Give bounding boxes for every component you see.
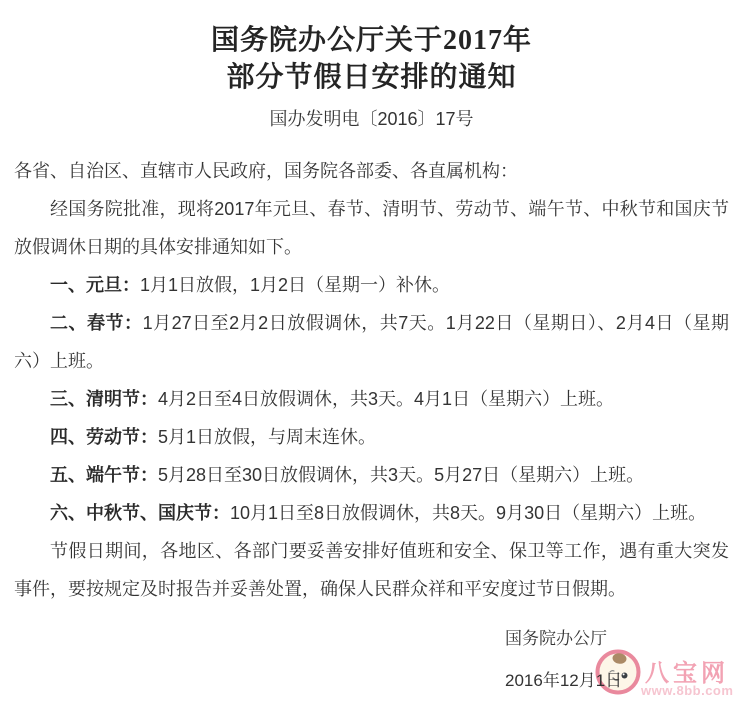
title-line-2: 部分节假日安排的通知 <box>0 59 743 96</box>
signature-name: 国务院办公厅 <box>505 618 743 660</box>
item-label: 一、元旦： <box>50 275 140 295</box>
item-label: 三、清明节： <box>50 389 158 409</box>
holiday-item-spring-festival: 二、春节：1月27日至2月2日放假调休，共7天。1月22日（星期日）、2月4日（… <box>14 304 729 380</box>
title-line-1: 国务院办公厅关于2017年 <box>0 22 743 59</box>
notice-page: 国务院办公厅关于2017年 部分节假日安排的通知 国办发明电〔2016〕17号 … <box>0 0 743 701</box>
item-label: 四、劳动节： <box>50 427 158 447</box>
closing-paragraph: 节假日期间，各地区、各部门要妥善安排好值班和安全、保卫等工作，遇有重大突发事件，… <box>14 532 729 608</box>
holiday-item-labor-day: 四、劳动节：5月1日放假，与周末连休。 <box>14 418 729 456</box>
item-text: 4月2日至4日放假调休，共3天。4月1日（星期六）上班。 <box>158 389 614 409</box>
holiday-item-dragon-boat: 五、端午节：5月28日至30日放假调休，共3天。5月27日（星期六）上班。 <box>14 456 729 494</box>
notice-header: 国务院办公厅关于2017年 部分节假日安排的通知 国办发明电〔2016〕17号 <box>0 0 743 131</box>
page-title: 国务院办公厅关于2017年 部分节假日安排的通知 <box>0 22 743 96</box>
item-text: 1月1日放假，1月2日（星期一）补休。 <box>140 275 450 295</box>
item-label: 五、端午节： <box>50 465 158 485</box>
signature-block: 国务院办公厅 2016年12月1日 <box>505 618 743 701</box>
item-label: 二、春节： <box>50 313 143 333</box>
notice-body: 各省、自治区、直辖市人民政府，国务院各部委、各直属机构： 经国务院批准，现将20… <box>0 152 743 608</box>
item-text: 5月1日放假，与周末连休。 <box>158 427 376 447</box>
item-label: 六、中秋节、国庆节： <box>50 503 230 523</box>
doc-number: 国办发明电〔2016〕17号 <box>0 105 743 131</box>
signature-date: 2016年12月1日 <box>505 660 743 701</box>
intro-paragraph: 经国务院批准，现将2017年元旦、春节、清明节、劳动节、端午节、中秋节和国庆节放… <box>14 190 729 266</box>
item-text: 5月28日至30日放假调休，共3天。5月27日（星期六）上班。 <box>158 465 644 485</box>
holiday-item-new-year: 一、元旦：1月1日放假，1月2日（星期一）补休。 <box>14 266 729 304</box>
holiday-item-qingming: 三、清明节：4月2日至4日放假调休，共3天。4月1日（星期六）上班。 <box>14 380 729 418</box>
item-text: 10月1日至8日放假调休，共8天。9月30日（星期六）上班。 <box>230 503 706 523</box>
holiday-item-midautumn-national: 六、中秋节、国庆节：10月1日至8日放假调休，共8天。9月30日（星期六）上班。 <box>14 494 729 532</box>
salutation: 各省、自治区、直辖市人民政府，国务院各部委、各直属机构： <box>14 152 729 190</box>
